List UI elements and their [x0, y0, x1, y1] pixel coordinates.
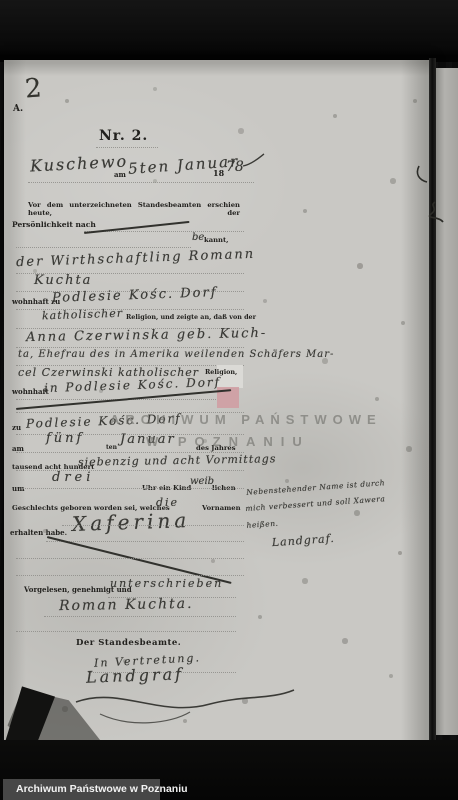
paper-texture — [4, 60, 6, 62]
signature-flourish — [70, 684, 300, 732]
unterschrieben-hand: unterschrieben — [110, 577, 223, 590]
archive-watermark-line2: W POZNANIU — [146, 434, 310, 449]
page-corner-number: 2 — [24, 73, 43, 104]
birth-year-hand: siebenzig und acht Vormittags — [78, 452, 277, 468]
birth-ten-label: ten — [106, 444, 117, 451]
birth-day: fünf — [46, 431, 84, 446]
margin-note-line1: Nebenstehender Name ist durch — [246, 478, 385, 497]
margin-note-signature: Landgraf. — [271, 532, 335, 549]
birth-article-hand: die — [156, 496, 179, 509]
archive-footer-label: Archiwum Państwowe w Poznaniu — [3, 779, 160, 800]
persoenlichkeit-label: Persönlichkeit nach — [12, 220, 96, 229]
declarant-religion-print: Religion, und zeigte an, daß von der — [126, 313, 256, 321]
registrar-label: Der Standesbeamte. — [76, 638, 181, 648]
birth-gender-hand: weib — [190, 476, 214, 487]
document-page: 2 A. Nr. 2. Kuschewo am 5ten Januar 18 7… — [4, 60, 431, 740]
declarant-signature: Roman Kuchta. — [59, 596, 194, 614]
archive-watermark-line1: ARCHIWUM PAŃSTWOWE — [110, 412, 382, 427]
page-corner-letter: A. — [13, 104, 23, 114]
erhalten-label: erhalten habe. — [10, 528, 67, 537]
declarant-residence: Podlesie Kośc. Dorf — [52, 285, 218, 306]
book-top-edge — [0, 0, 458, 60]
margin-ink-marks — [405, 152, 457, 232]
declarant-line2: Kuchta — [34, 273, 92, 288]
declarant-line1: der Wirthschaftling Romann — [16, 247, 256, 270]
record-number: Nr. 2. — [99, 128, 148, 144]
mother-line1: Anna Czerwinska geb. Kuch- — [26, 326, 267, 345]
birth-hour: drei — [52, 470, 94, 485]
known-hand: be — [192, 232, 204, 243]
scan-background: 2 A. Nr. 2. Kuschewo am 5ten Januar 18 7… — [0, 0, 458, 800]
mother-line2: ta, Ehefrau des in Amerika weilenden Sch… — [18, 349, 334, 360]
birth-vornamen-label: Vornamen — [202, 504, 241, 512]
intro-line: Vor dem unterzeichneten Standesbeamten e… — [28, 201, 240, 217]
birth-zu-label: zu — [12, 423, 21, 432]
declarant-religion-hand: katholischer — [42, 307, 123, 323]
margin-note-line3: heißen. — [246, 519, 278, 530]
dateline-flourish — [241, 152, 267, 170]
child-name: Xaferina — [72, 508, 191, 536]
margin-note-line2: mich verbessert und soll Xawera — [245, 494, 385, 513]
known-print: kannt, — [204, 236, 229, 244]
dateline-am-label: am — [114, 170, 126, 179]
dateline-year-print: 18 — [213, 168, 224, 178]
